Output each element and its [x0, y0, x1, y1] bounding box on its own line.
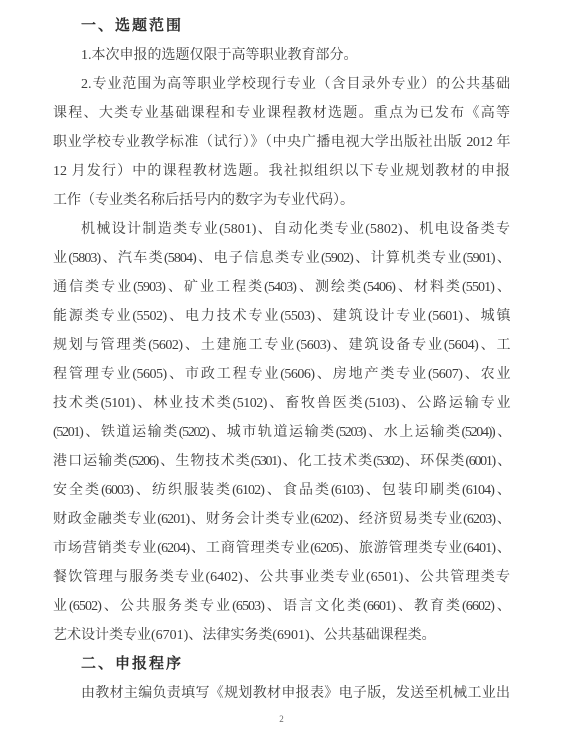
doc-line: 业(5803)、汽车类(5804)、电子信息类专业(5902)、计算机类专业(5…	[53, 244, 510, 273]
section-heading-1: 一、选题范围	[53, 12, 510, 41]
doc-line: 规划与管理类(5602)、土建施工专业(5603)、建筑设备专业(5604)、工	[53, 331, 510, 360]
doc-line: (5201)、铁道运输类(5202)、城市轨道运输类(5203)、水上运输类(5…	[53, 418, 510, 447]
doc-line: 安全类(6003)、纺织服装类(6102)、食品类(6103)、包装印刷类(61…	[53, 476, 510, 505]
doc-line: 通信类专业(5903)、矿业工程类(5403)、测绘类(5406)、材料类(55…	[53, 273, 510, 302]
document-page: 一、选题范围 1.本次申报的选题仅限于高等职业教育部分。 2.专业范围为高等职业…	[0, 0, 563, 739]
doc-line: 职业学校专业教学标准（试行）》（中央广播电视大学出版社出版 2012 年	[53, 128, 510, 157]
doc-line: 机械设计制造类专业(5801)、自动化类专业(5802)、机电设备类专	[53, 215, 510, 244]
doc-line: 由教材主编负责填写《规划教材申报表》电子版，发送至机械工业出	[53, 679, 510, 708]
doc-line: 2.专业范围为高等职业学校现行专业（含目录外专业）的公共基础	[53, 70, 510, 99]
doc-line: 市场营销类专业(6204)、工商管理类专业(6205)、旅游管理类专业(6401…	[53, 534, 510, 563]
doc-line: 港口运输类(5206)、生物技术类(5301)、化工技术类(5302)、环保类(…	[53, 447, 510, 476]
doc-line: 技术类(5101)、林业技术类(5102)、畜牧兽医类(5103)、公路运输专业	[53, 389, 510, 418]
doc-line: 课程、大类专业基础课程和专业课程教材选题。重点为已发布《高等	[53, 99, 510, 128]
doc-line: 程管理专业(5605)、市政工程专业(5606)、房地产类专业(5607)、农业	[53, 360, 510, 389]
doc-line: 能源类专业(5502)、电力技术专业(5503)、建筑设计专业(5601)、城镇	[53, 302, 510, 331]
doc-line: 财政金融类专业(6201)、财务会计类专业(6202)、经济贸易类专业(6203…	[53, 505, 510, 534]
document-body: 一、选题范围 1.本次申报的选题仅限于高等职业教育部分。 2.专业范围为高等职业…	[53, 12, 510, 708]
doc-line: 餐饮管理与服务类专业(6402)、公共事业类专业(6501)、公共管理类专	[53, 563, 510, 592]
doc-line: 工作（专业类名称后括号内的数字为专业代码）。	[53, 186, 510, 215]
doc-line: 业(6502)、公共服务类专业(6503)、语言文化类(6601)、教育类(66…	[53, 592, 510, 621]
doc-line: 艺术设计类专业(6701)、法律实务类(6901)、公共基础课程类。	[53, 621, 510, 650]
section-heading-2: 二、申报程序	[53, 650, 510, 679]
doc-line: 12 月发行）中的课程教材选题。我社拟组织以下专业规划教材的申报	[53, 157, 510, 186]
doc-line: 1.本次申报的选题仅限于高等职业教育部分。	[53, 41, 510, 70]
page-number: 2	[0, 714, 563, 724]
